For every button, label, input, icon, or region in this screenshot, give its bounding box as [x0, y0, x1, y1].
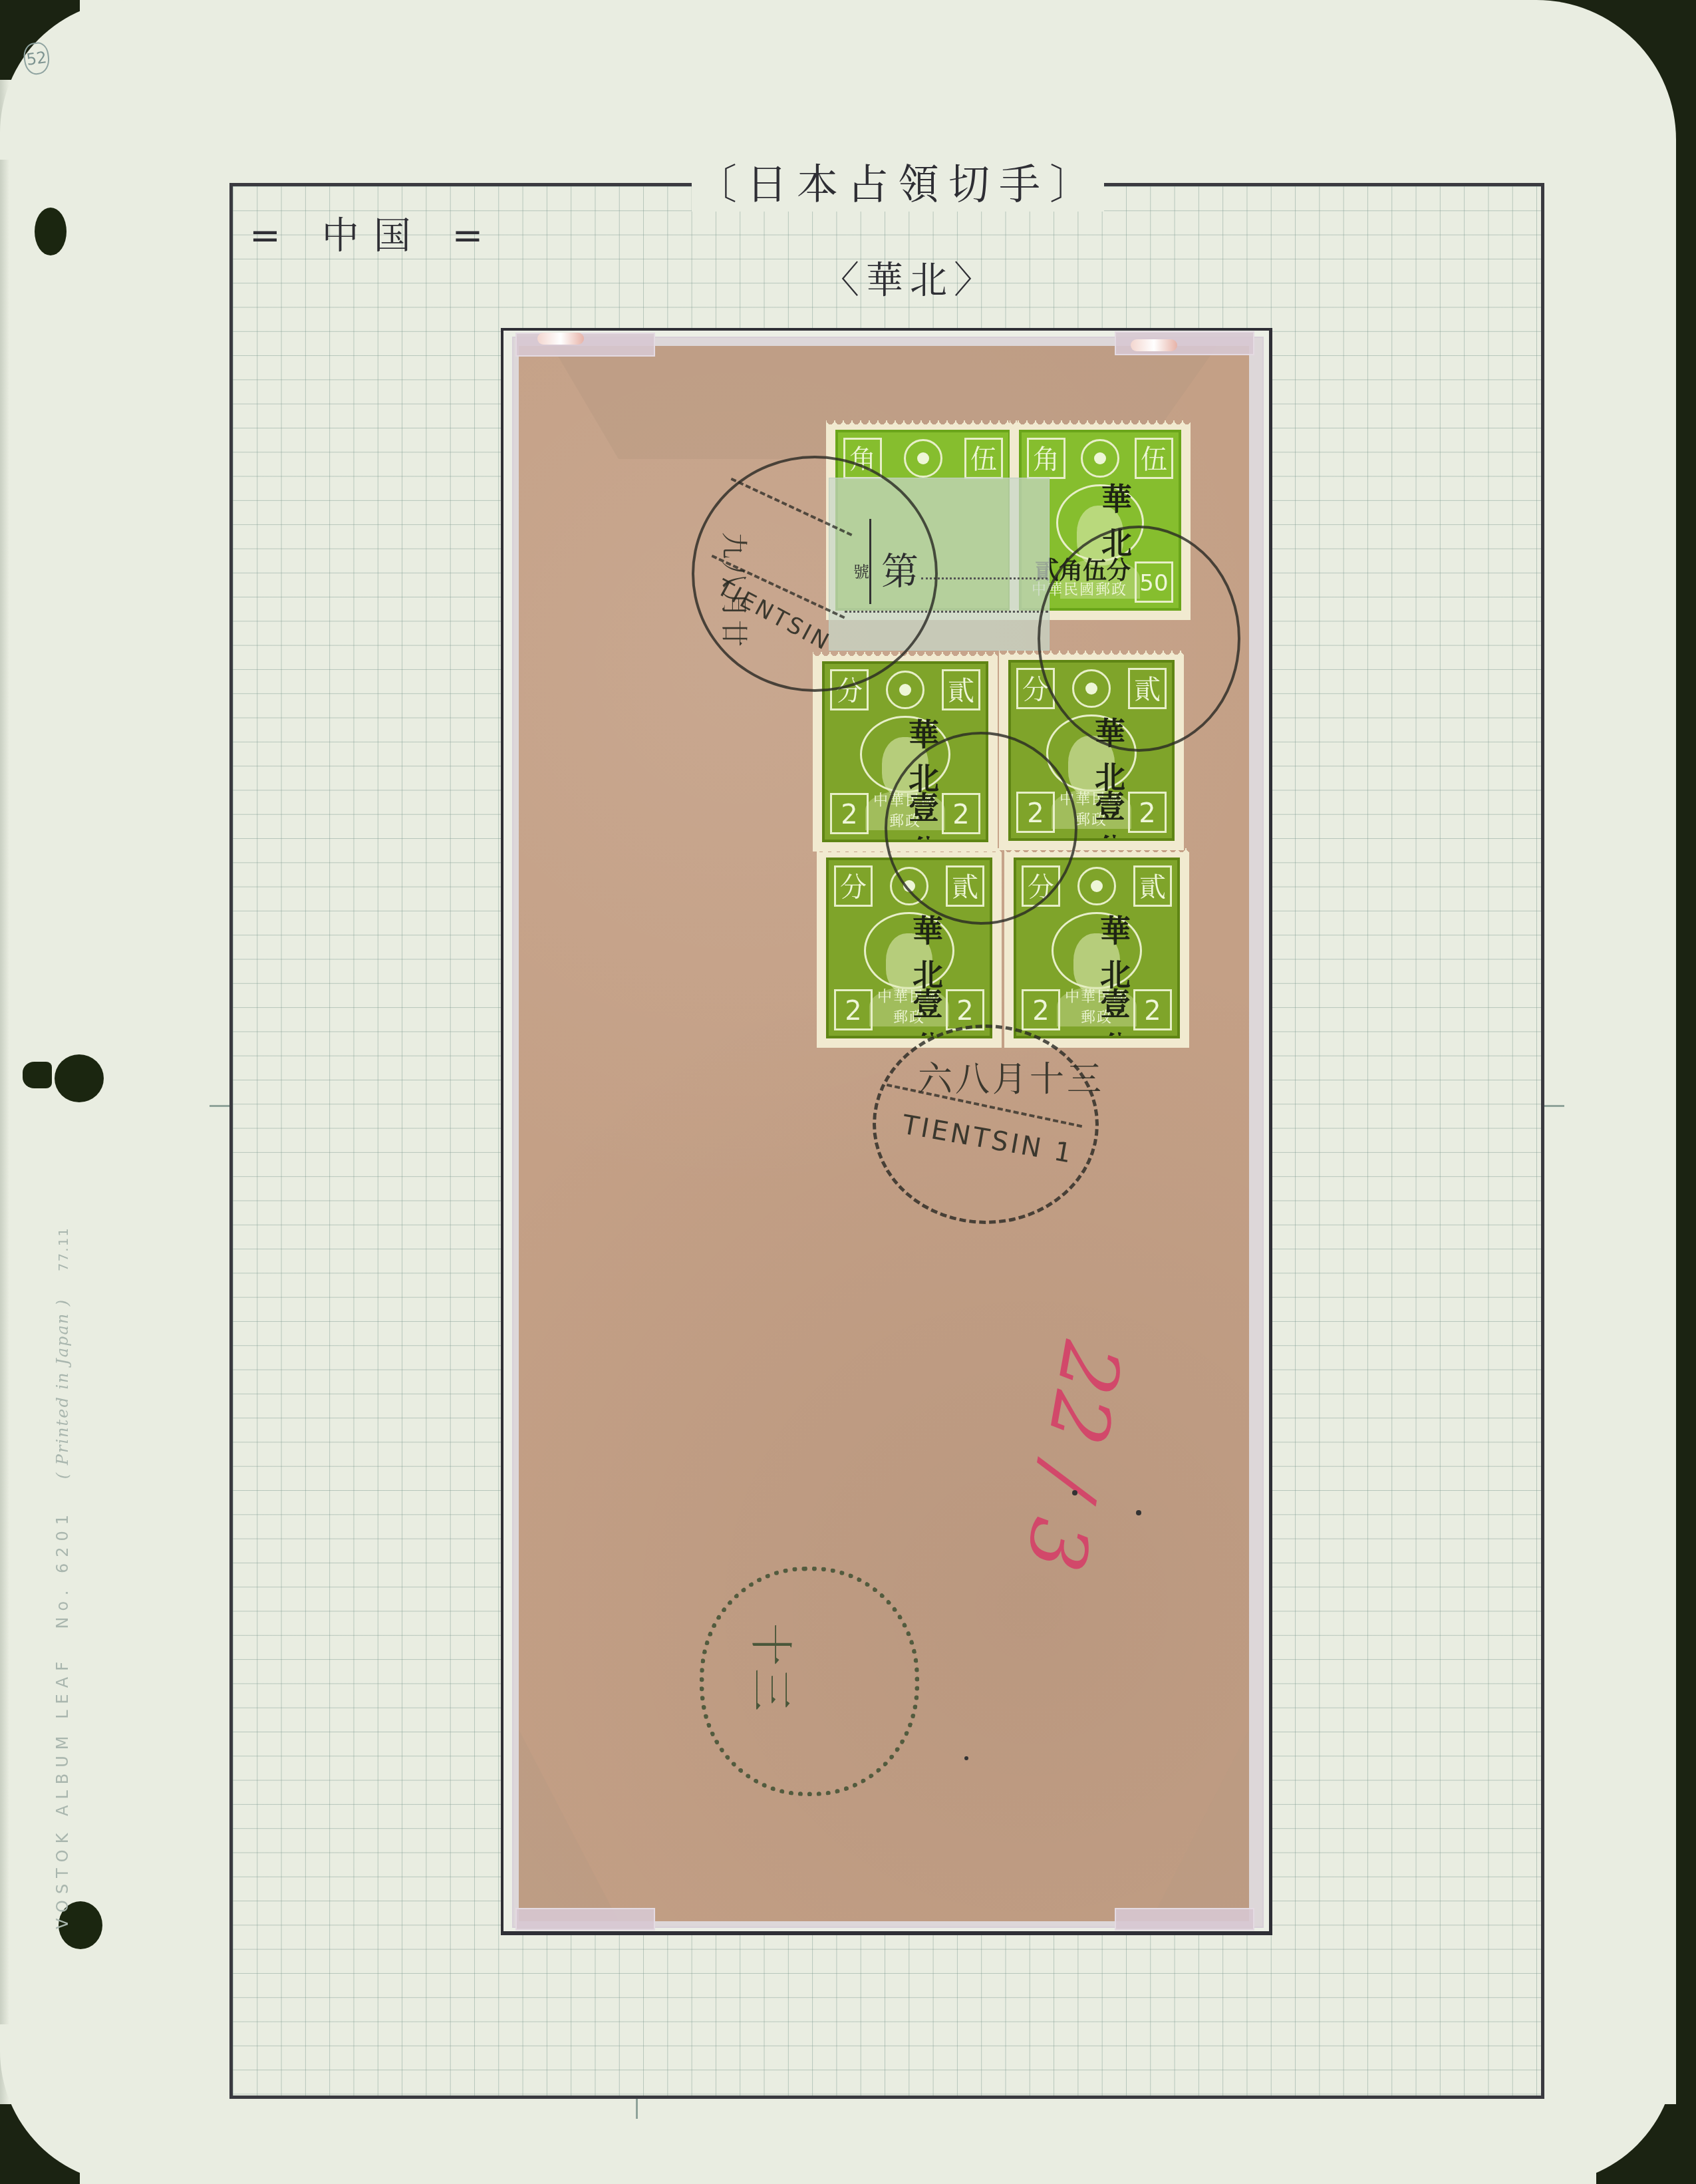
imprint-leaf-number: No. 6201 [53, 1509, 72, 1629]
mount-glare [537, 333, 584, 345]
mount-glare [1131, 339, 1177, 351]
cancel-circle-center [885, 732, 1077, 925]
header-title-box: 〔日本占領切手〕 [692, 158, 1104, 212]
stamp-value: 2 [1022, 989, 1060, 1030]
binder-hole-icon [35, 208, 67, 255]
stamp-corner-char: 分 [834, 865, 873, 907]
cancel-oval-right [1038, 526, 1240, 752]
ink-speck [964, 1756, 968, 1760]
stamp-corner-char: 伍 [1135, 438, 1173, 479]
imprint-origin: ( Printed in Japan ) [53, 1299, 72, 1479]
country-label: = 中国 = [249, 213, 497, 259]
stamp-corner-char: 伍 [964, 438, 1003, 479]
region-label: 〈華北〉 [822, 254, 998, 307]
ink-speck [1072, 1490, 1077, 1495]
mount-corner-tab [515, 333, 655, 357]
sun-emblem-icon [1077, 867, 1116, 905]
binder-notch-icon [23, 1062, 52, 1088]
page-corner [1596, 2104, 1676, 2184]
stamp-corner-char: 貳 [1133, 865, 1172, 907]
sun-emblem-icon [1081, 439, 1119, 478]
stamp-value: 2 [834, 989, 873, 1030]
grid-tick [636, 2099, 638, 2119]
sun-emblem-icon [886, 671, 924, 709]
ink-speck [1136, 1510, 1141, 1515]
page-edge-shadow [0, 0, 9, 2184]
leaf-imprint: VOSTOK ALBUM LEAF No. 6201 ( Printed in … [53, 1227, 72, 1929]
imprint-brand: VOSTOK ALBUM LEAF [53, 1656, 72, 1929]
stamp-value: 2 [830, 793, 869, 834]
arrival-backstamp [700, 1567, 919, 1796]
mount-corner-tab [515, 1908, 655, 1931]
page-corner [0, 2104, 80, 2184]
binder-hole-icon [55, 1054, 104, 1102]
mount-corner-tab [1115, 1908, 1254, 1931]
grid-tick [210, 1105, 229, 1107]
header-title: 〔日本占領切手〕 [696, 160, 1100, 209]
sun-emblem-icon [904, 439, 942, 478]
backstamp-date: 十三 [744, 1623, 805, 1714]
imprint-code: 77.11 [55, 1227, 71, 1271]
overprint-value: 壹分 [1056, 980, 1177, 1038]
cancel-date: 六八月十三 [918, 1051, 1104, 1101]
grid-tick [1544, 1105, 1564, 1107]
stamp-corner-char: 角 [1027, 438, 1065, 479]
label-number-line [921, 577, 1048, 579]
stamp-corner-char: 貳 [942, 669, 980, 710]
